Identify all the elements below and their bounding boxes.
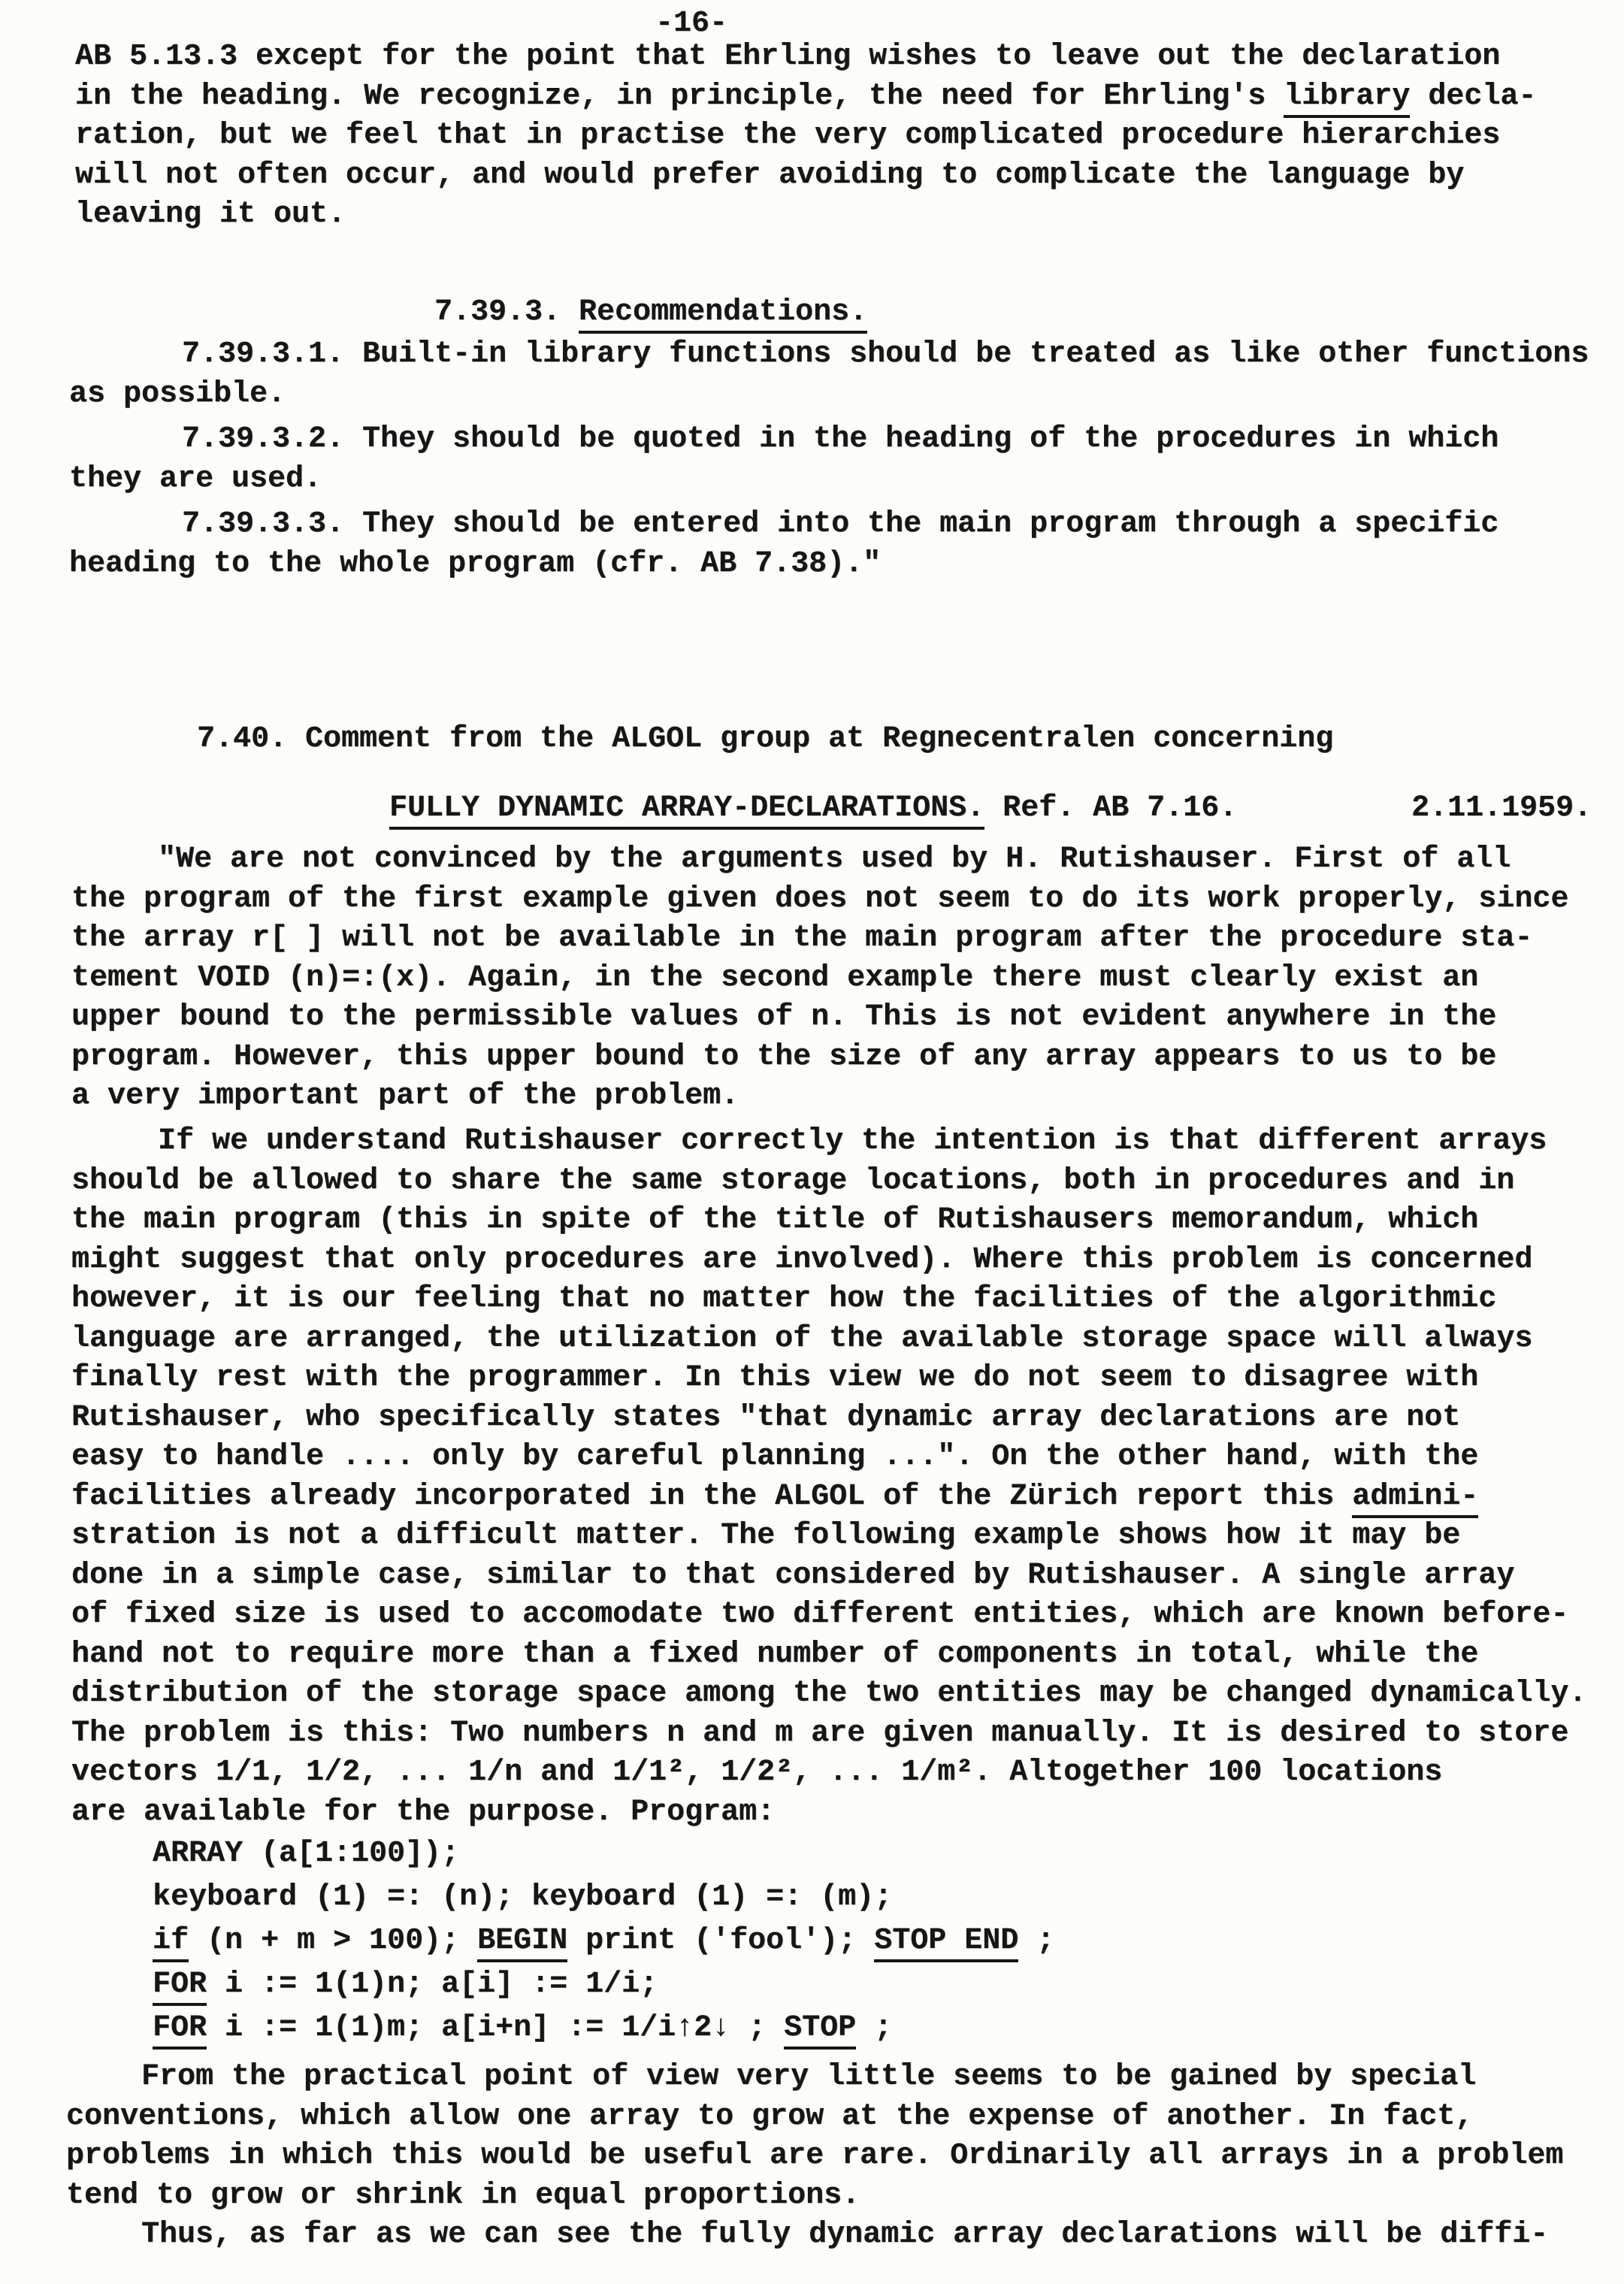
text-line: hand not to require more than a fixed nu… [71, 1635, 1586, 1675]
section-740-subtitle: FULLY DYNAMIC ARRAY-DECLARATIONS. Ref. A… [389, 789, 1237, 829]
scanned-document-page: -16- AB 5.13.3 except for the point that… [0, 0, 1624, 2284]
code-segment: ; [1018, 1924, 1054, 1958]
text-line: program. However, this upper bound to th… [71, 1038, 1568, 1078]
text-line: 7.39.3.3. They should be entered into th… [69, 505, 1589, 545]
text-line: will not often occur, and would prefer a… [75, 156, 1536, 196]
text-line: tend to grow or shrink in equal proporti… [66, 2177, 1563, 2216]
underlined-keyword: STOP [784, 2011, 856, 2050]
text-line: finally rest with the programmer. In thi… [71, 1359, 1586, 1399]
text-line: conventions, which allow one array to gr… [66, 2098, 1563, 2137]
text-line: stration is not a difficult matter. The … [71, 1517, 1586, 1556]
text-line: language are arranged, the utilization o… [71, 1320, 1586, 1360]
text-line: as possible. [69, 375, 1589, 415]
text-line: 7.39.3.2. They should be quoted in the h… [69, 420, 1589, 460]
text-line: a very important part of the problem. [71, 1077, 1568, 1117]
text-line: If we understand Rutishauser correctly t… [71, 1122, 1586, 1162]
underlined-text: Recommendations. [579, 295, 867, 334]
text-line: The problem is this: Two numbers n and m… [71, 1714, 1586, 1754]
text-line: done in a simple case, similar to that c… [71, 1556, 1586, 1596]
underlined-keyword: STOP END [874, 1924, 1018, 1962]
text-line: vectors 1/1, 1/2, ... 1/n and 1/1², 1/2²… [71, 1753, 1586, 1793]
section-740-date: 2.11.1959. [1411, 789, 1592, 829]
text-line: AB 5.13.3 except for the point that Ehrl… [75, 38, 1536, 77]
underlined-keyword: if [153, 1924, 189, 1962]
text-segment: in the heading. We recognize, in princip… [75, 80, 1284, 113]
heading-number: 7.39.3. [434, 295, 579, 329]
underlined-text: library [1284, 80, 1410, 118]
text-line: they are used. [69, 460, 1589, 500]
text-line: of fixed size is used to accomodate two … [71, 1596, 1586, 1635]
code-line: keyboard (1) =: (n); keyboard (1) =: (m)… [153, 1876, 1054, 1919]
code-line: FOR i := 1(1)m; a[i+n] := 1/i↑2↓ ; STOP … [153, 2007, 1054, 2050]
underlined-keyword: FOR [153, 1968, 207, 2006]
text-line: distribution of the storage space among … [71, 1674, 1586, 1714]
text-line: tement VOID (n)=:(x). Again, in the seco… [71, 959, 1568, 999]
code-line: if (n + m > 100); BEGIN print ('fool'); … [153, 1919, 1054, 1963]
text-line: From the practical point of view very li… [66, 2058, 1563, 2098]
text-line: ration, but we feel that in practise the… [75, 116, 1536, 156]
text-line: leaving it out. [75, 195, 1536, 235]
text-line: facilities already incorporated in the A… [71, 1478, 1586, 1517]
underlined-text: FULLY DYNAMIC ARRAY-DECLARATIONS. [389, 791, 984, 830]
text-line: however, it is our feeling that no matte… [71, 1280, 1586, 1320]
body-paragraph-2: If we understand Rutishauser correctly t… [71, 1122, 1586, 1832]
text-line: in the heading. We recognize, in princip… [75, 77, 1536, 117]
text-line: 7.39.3.1. Built-in library functions sho… [69, 335, 1589, 375]
text-line: the main program (this in spite of the t… [71, 1201, 1586, 1241]
code-segment: i := 1(1)m; a[i+n] := 1/i↑2↓ ; [207, 2011, 784, 2045]
code-line: ARRAY (a[1:100]); [153, 1832, 1054, 1876]
code-segment: (n + m > 100); [189, 1924, 477, 1958]
underlined-keyword: BEGIN [477, 1924, 567, 1962]
text-segment: facilities already incorporated in the A… [71, 1480, 1352, 1514]
recommendation-item: 7.39.3.3. They should be entered into th… [69, 505, 1589, 584]
text-line: upper bound to the permissible values of… [71, 998, 1568, 1038]
body-paragraph-1: "We are not convinced by the arguments u… [71, 840, 1568, 1117]
underlined-keyword: FOR [153, 2011, 207, 2050]
text-line: problems in which this would be useful a… [66, 2137, 1563, 2177]
text-line: "We are not convinced by the arguments u… [71, 840, 1568, 880]
section-740-title: 7.40. Comment from the ALGOL group at Re… [197, 720, 1333, 760]
recommendations-list: 7.39.3.1. Built-in library functions sho… [69, 335, 1589, 590]
text-line: easy to handle .... only by careful plan… [71, 1438, 1586, 1478]
recommendation-item: 7.39.3.1. Built-in library functions sho… [69, 335, 1589, 414]
recommendation-item: 7.39.3.2. They should be quoted in the h… [69, 420, 1589, 499]
recommendations-heading: 7.39.3. Recommendations. [434, 293, 867, 333]
program-code: ARRAY (a[1:100]); keyboard (1) =: (n); k… [153, 1832, 1054, 2050]
text-line: might suggest that only procedures are i… [71, 1241, 1586, 1281]
text-segment: decla- [1410, 80, 1536, 113]
text-line: are available for the purpose. Program: [71, 1793, 1586, 1833]
text-line: the array r[ ] will not be available in … [71, 919, 1568, 959]
code-line: FOR i := 1(1)n; a[i] := 1/i; [153, 1963, 1054, 2007]
text-line: the program of the first example given d… [71, 880, 1568, 920]
text-line: should be allowed to share the same stor… [71, 1162, 1586, 1202]
code-segment: i := 1(1)n; a[i] := 1/i; [207, 1968, 658, 2001]
code-segment: ; [856, 2011, 892, 2045]
underlined-text: admini- [1352, 1480, 1478, 1518]
intro-paragraph: AB 5.13.3 except for the point that Ehrl… [75, 38, 1536, 235]
closing-paragraphs: From the practical point of view very li… [66, 2058, 1563, 2255]
text-line: Rutishauser, who specifically states "th… [71, 1399, 1586, 1438]
text-segment: Ref. AB 7.16. [984, 791, 1237, 825]
code-segment: print ('fool'); [567, 1924, 874, 1958]
text-line: heading to the whole program (cfr. AB 7.… [69, 545, 1589, 585]
text-line: Thus, as far as we can see the fully dyn… [66, 2216, 1563, 2255]
